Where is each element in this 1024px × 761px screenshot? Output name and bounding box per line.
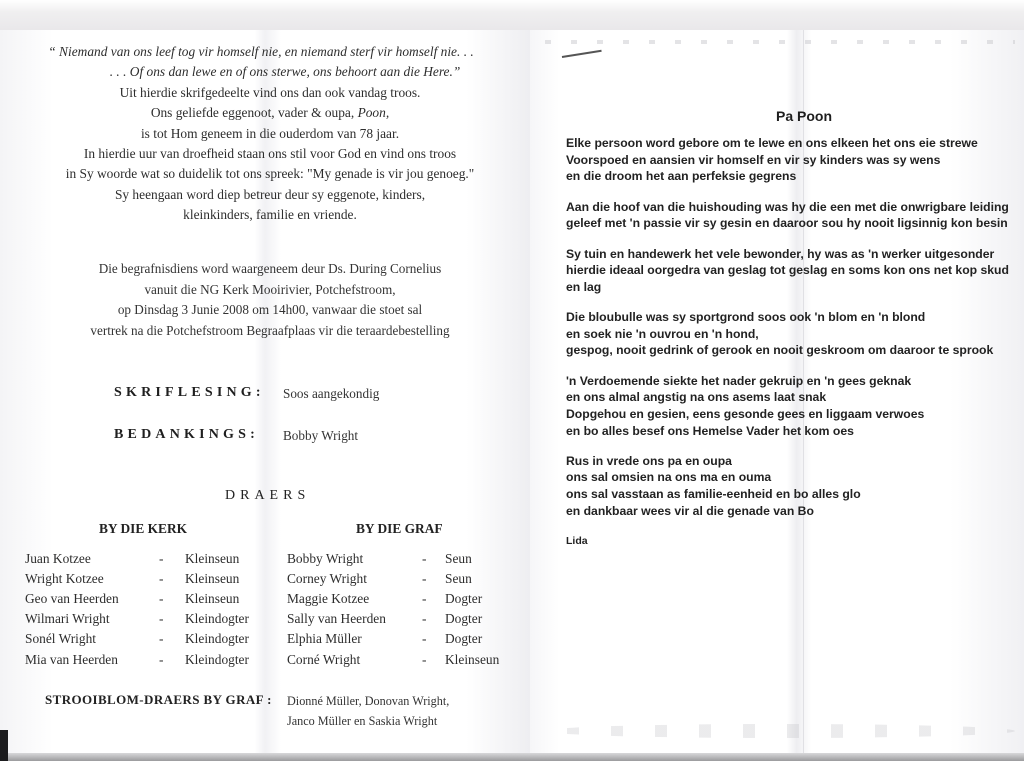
service-line: vanuit die NG Kerk Mooirivier, Potchefst… xyxy=(30,280,510,301)
verse-line: kleinkinders, familie en vriende. xyxy=(30,205,510,225)
bedankings-label: BEDANKINGS: xyxy=(114,427,259,443)
bearer-name: Maggie Kotzee xyxy=(287,591,369,607)
service-line: vertrek na die Potchefstroom Begraafplaa… xyxy=(30,321,510,342)
bearer-name: Mia van Heerden xyxy=(25,652,118,668)
poem-line: Dopgehou en gesien, eens gesonde gees en… xyxy=(566,406,1021,423)
bearer-name: Elphia Müller xyxy=(287,631,362,647)
poem-stanza: Die bloubulle was sy sportgrond soos ook… xyxy=(566,309,1021,359)
poem-line: 'n Verdoemende siekte het nader gekruip … xyxy=(566,373,1021,390)
bearer-relation: Kleindogter xyxy=(185,652,249,668)
poem-line: Elke persoon word gebore om te lewe en o… xyxy=(566,135,1021,152)
verse-line: Uit hierdie skrifgedeelte vind ons dan o… xyxy=(30,83,510,103)
bearer-relation: Dogter xyxy=(445,631,482,647)
service-line: op Dinsdag 3 Junie 2008 om 14h00, vanwaa… xyxy=(30,300,510,321)
poem-line: gespog, nooit gedrink of gerook en nooit… xyxy=(566,342,1021,359)
poem-line: Rus in vrede ons pa en oupa xyxy=(566,453,1021,470)
scan-left-edge xyxy=(0,730,8,761)
bearer-name: Wilmari Wright xyxy=(25,611,110,627)
skriflesing-label: SKRIFLESING: xyxy=(114,385,265,401)
poem-line: hierdie ideaal oorgedra van geslag tot g… xyxy=(566,262,1021,279)
scan-top-edge xyxy=(0,0,1024,30)
poem-line: en lag xyxy=(566,279,1021,296)
bearer-relation: Seun xyxy=(445,551,472,567)
verse-line: . . . Of ons dan lewe en of ons sterwe, … xyxy=(60,62,510,82)
poem-line: ons sal vasstaan as familie-eenheid en b… xyxy=(566,486,1021,503)
poem-line: Voorspoed en aansien vir homself en vir … xyxy=(566,152,1021,169)
bearer-relation: Kleinseun xyxy=(185,571,239,587)
bearer-relation: Dogter xyxy=(445,611,482,627)
poem-line: en soek nie 'n ouvrou en 'n hond, xyxy=(566,326,1021,343)
poem-line: en bo alles besef ons Hemelse Vader het … xyxy=(566,423,1021,440)
strooiblom-line: Janco Müller en Saskia Wright xyxy=(287,711,449,731)
verse-line: Sy heengaan word diep betreur deur sy eg… xyxy=(30,185,510,205)
service-line: Die begrafnisdiens word waargeneem deur … xyxy=(30,259,510,280)
bearer-dash: - xyxy=(422,551,426,567)
poem: Elke persoon word gebore om te lewe en o… xyxy=(566,135,1021,550)
poem-line: Aan die hoof van die huishouding was hy … xyxy=(566,199,1021,216)
bearer-relation: Seun xyxy=(445,571,472,587)
bearer-relation: Kleinseun xyxy=(445,652,499,668)
by-die-graf-heading: BY DIE GRAF xyxy=(356,521,443,537)
bearer-dash: - xyxy=(159,631,163,647)
verse-line: is tot Hom geneem in die ouderdom van 78… xyxy=(30,124,510,144)
verse-line-text: Ons geliefde eggenoot, vader & oupa, xyxy=(151,105,358,120)
service-details: Die begrafnisdiens word waargeneem deur … xyxy=(30,259,510,341)
verse-line: In hierdie uur van droefheid staan ons s… xyxy=(30,144,510,164)
poem-stanza: Sy tuin en handewerk het vele bewonder, … xyxy=(566,246,1021,296)
by-die-kerk-heading: BY DIE KERK xyxy=(99,521,187,537)
poem-stanza: Rus in vrede ons pa en oupaons sal omsie… xyxy=(566,453,1021,519)
skriflesing-value: Soos aangekondig xyxy=(283,386,379,402)
bearer-dash: - xyxy=(159,652,163,668)
bearer-dash: - xyxy=(422,591,426,607)
bearer-dash: - xyxy=(159,551,163,567)
bearer-dash: - xyxy=(159,591,163,607)
bedankings-value: Bobby Wright xyxy=(283,428,358,444)
scripture-verse: “ Niemand van ons leef tog vir homself n… xyxy=(30,42,510,226)
bearer-name: Juan Kotzee xyxy=(25,551,91,567)
poem-line: en ons almal angstig na ons asems laat s… xyxy=(566,389,1021,406)
poem-author: Lida xyxy=(566,533,1021,550)
bearer-dash: - xyxy=(422,611,426,627)
poem-stanza: Aan die hoof van die huishouding was hy … xyxy=(566,199,1021,232)
bearer-name: Corney Wright xyxy=(287,571,367,587)
verse-line: in Sy woorde wat so duidelik tot ons spr… xyxy=(30,164,510,184)
bearer-name: Bobby Wright xyxy=(287,551,363,567)
bearer-relation: Kleinseun xyxy=(185,551,239,567)
bearer-dash: - xyxy=(159,571,163,587)
verse-line: “ Niemand van ons leef tog vir homself n… xyxy=(12,42,510,62)
bearer-dash: - xyxy=(422,631,426,647)
poem-line: en dankbaar wees vir al die genade van B… xyxy=(566,503,1021,520)
bearer-dash: - xyxy=(422,571,426,587)
draers-heading: DRAERS xyxy=(225,488,310,504)
scan-bottom-edge xyxy=(0,753,1024,761)
perforation-top xyxy=(545,40,1015,44)
bearer-name: Corné Wright xyxy=(287,652,360,668)
poem-line: Sy tuin en handewerk het vele bewonder, … xyxy=(566,246,1021,263)
bearer-name: Sally van Heerden xyxy=(287,611,386,627)
nickname: Poon, xyxy=(358,105,390,120)
bearer-name: Wright Kotzee xyxy=(25,571,104,587)
poem-line: geleef met 'n passie vir sy gesin en daa… xyxy=(566,215,1021,232)
poem-stanza: Elke persoon word gebore om te lewe en o… xyxy=(566,135,1021,185)
poem-line: en die droom het aan perfeksie gegrens xyxy=(566,168,1021,185)
poem-stanza: 'n Verdoemende siekte het nader gekruip … xyxy=(566,373,1021,439)
strooiblom-line: Dionné Müller, Donovan Wright, xyxy=(287,691,449,711)
bearer-relation: Dogter xyxy=(445,591,482,607)
bearer-dash: - xyxy=(422,652,426,668)
strooiblom-names: Dionné Müller, Donovan Wright, Janco Mül… xyxy=(287,691,449,731)
scalloped-edge xyxy=(545,724,1015,738)
bearer-dash: - xyxy=(159,611,163,627)
poem-line: ons sal omsien na ons ma en ouma xyxy=(566,469,1021,486)
bearer-relation: Kleindogter xyxy=(185,631,249,647)
bearer-name: Geo van Heerden xyxy=(25,591,119,607)
poem-title: Pa Poon xyxy=(776,108,832,124)
poem-line: Die bloubulle was sy sportgrond soos ook… xyxy=(566,309,1021,326)
verse-line: Ons geliefde eggenoot, vader & oupa, Poo… xyxy=(30,103,510,123)
strooiblom-label: STROOIBLOM-DRAERS BY GRAF : xyxy=(45,692,272,708)
bearer-name: Sonél Wright xyxy=(25,631,96,647)
bearer-relation: Kleinseun xyxy=(185,591,239,607)
bearer-relation: Kleindogter xyxy=(185,611,249,627)
